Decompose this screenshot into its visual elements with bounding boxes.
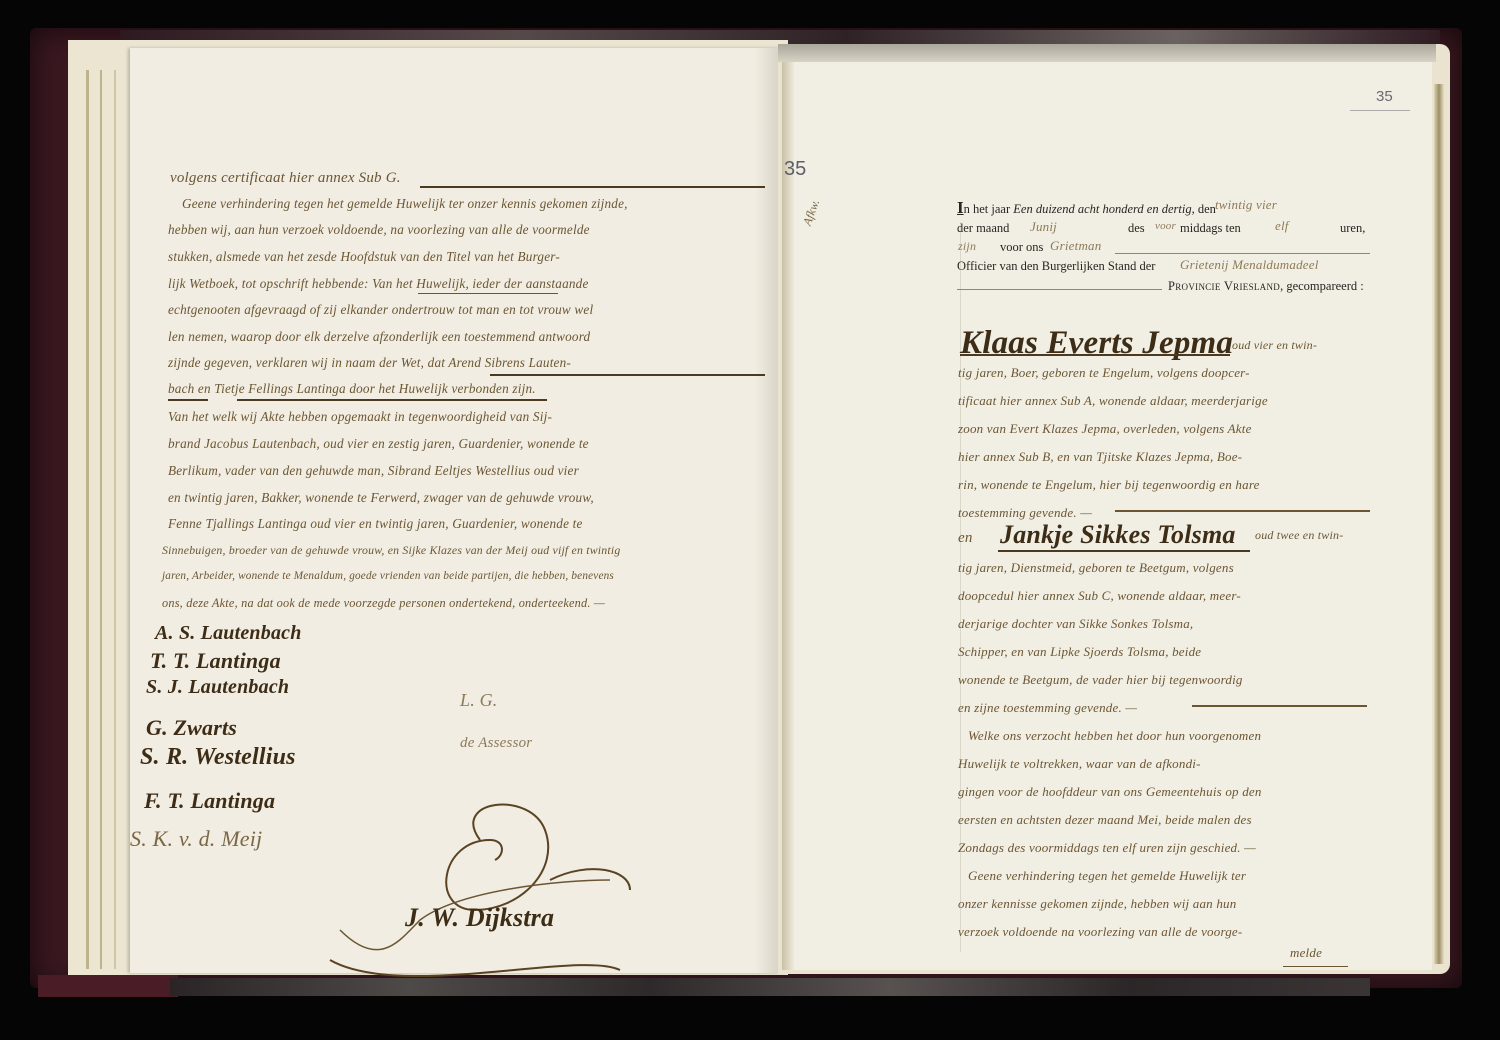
underline — [418, 293, 558, 294]
handwritten-line: brand Jacobus Lautenbach, oud vier en ze… — [168, 436, 589, 452]
municipality-field: Grietenij Menaldumadeel — [1180, 257, 1319, 273]
uren-label: uren, — [1340, 221, 1365, 236]
signature: S. K. v. d. Meij — [130, 826, 262, 852]
handwritten-line: hebben wij, aan hun verzoek voldoende, n… — [168, 222, 590, 238]
middags-label: middags ten — [1180, 221, 1241, 236]
day-field: twintig vier — [1215, 197, 1277, 213]
handwritten-line: en twintig jaren, Bakker, wonende te Fer… — [168, 490, 594, 506]
handwritten-line: Schipper, en van Lipke Sjoerds Tolsma, b… — [958, 644, 1201, 660]
page-side-edge — [1434, 84, 1444, 964]
gecompareerd-label: , gecompareerd : — [1280, 279, 1364, 293]
handwritten-line: Geene verhindering tegen het gemelde Huw… — [968, 868, 1246, 884]
handwritten-line: oud vier en twin- — [1232, 338, 1317, 353]
handwritten-line: lijk Wetboek, tot opschrift hebbende: Va… — [168, 276, 589, 292]
handwritten-line: jaren, Arbeider, wonende te Menaldum, go… — [162, 570, 614, 582]
groom-underline — [960, 354, 1230, 356]
handwritten-line: len nemen, waarop door elk derzelve afzo… — [168, 329, 590, 345]
folio-number: 35 — [1376, 88, 1393, 105]
handwritten-line: hier annex Sub B, en van Tjitske Klazes … — [958, 449, 1242, 465]
underline — [490, 374, 765, 376]
margin-number: 35 — [784, 158, 806, 181]
handwritten-line: doopcedul hier annex Sub C, wonende alda… — [958, 588, 1241, 604]
month-field: Junij — [1030, 219, 1057, 235]
official-signature: J. W. Dijkstra — [405, 903, 554, 933]
handwritten-line: gingen voor de hoofddeur van ons Gemeent… — [958, 784, 1262, 800]
handwritten-line: verzoek voldoende na voorlezing van alle… — [958, 924, 1242, 940]
conjunction-en: en — [958, 530, 973, 547]
handwritten-line: rin, wonende te Engelum, hier bij tegenw… — [958, 477, 1260, 493]
assessor-note: de Assessor — [460, 735, 532, 752]
handwritten-line: Zondags des voormiddags ten elf uren zij… — [958, 840, 1256, 856]
underline — [237, 399, 547, 401]
page-edge — [114, 70, 116, 969]
signature: A. S. Lautenbach — [155, 622, 302, 645]
folio-underline — [1350, 110, 1410, 111]
handwritten-line: en zijne toestemming gevende. — — [958, 700, 1137, 716]
page-top-edge — [778, 44, 1436, 62]
handwritten-line: derjarige dochter van Sikke Sonkes Tolsm… — [958, 616, 1193, 632]
month-label: der maand — [957, 221, 1009, 236]
handwritten-line: stukken, alsmede van het zesde Hoofdstuk… — [168, 249, 560, 265]
bride-name: Jankje Sikkes Tolsma — [1000, 520, 1236, 550]
handwritten-line: eersten en achtsten dezer maand Mei, bei… — [958, 812, 1252, 828]
handwritten-line: zoon van Evert Klazes Jepma, overleden, … — [958, 421, 1252, 437]
handwritten-line: ons, deze Akte, na dat ook de mede voorz… — [162, 596, 605, 611]
handwritten-line: Berlikum, vader van den gehuwde man, Sib… — [168, 463, 579, 479]
handwritten-line: tig jaren, Boer, geboren te Engelum, vol… — [958, 365, 1250, 381]
catchword: melde — [1290, 945, 1322, 961]
signature: S. R. Westellius — [140, 744, 296, 771]
signature: S. J. Lautenbach — [146, 676, 289, 699]
handwritten-line: Huwelijk te voltrekken, waar van de afko… — [958, 756, 1201, 772]
part-of-day-field: voor — [1155, 220, 1176, 232]
handwritten-line: Sinnebuigen, broeder van de gehuwde vrou… — [162, 543, 620, 558]
handwritten-line: Fenne Tjallings Lantinga oud vier en twi… — [168, 516, 583, 532]
handwritten-line: Geene verhindering tegen het gemelde Huw… — [182, 196, 628, 212]
bride-underline — [998, 550, 1250, 552]
line-filler — [420, 186, 765, 188]
handwritten-line: zijnde gegeven, verklaren wij in naam de… — [168, 355, 571, 371]
page-edge — [100, 70, 102, 969]
groom-name: Klaas Everts Jepma — [960, 325, 1233, 362]
handwritten-line: wonende te Beetgum, de vader hier bij te… — [958, 672, 1243, 688]
line-filler — [1115, 510, 1370, 512]
printed-year: Een duizend acht honderd en dertig — [1013, 202, 1191, 216]
signature: F. T. Lantinga — [144, 788, 275, 814]
handwritten-line: bach en Tietje Fellings Lantinga door he… — [168, 381, 536, 397]
hour-field: elf — [1275, 218, 1289, 234]
form-prefix: n het jaar — [964, 202, 1011, 216]
voor-ons-label: voor ons — [1000, 240, 1043, 255]
handwritten-line: echtgenooten afgevraagd of zij elkander … — [168, 302, 593, 318]
initials-note: L. G. — [460, 690, 498, 711]
handwritten-line: tificaat hier annex Sub A, wonende aldaa… — [958, 393, 1268, 409]
handwritten-line: Van het welk wij Akte hebben opgemaakt i… — [168, 409, 552, 425]
initial-letter: I — [957, 198, 964, 217]
handwritten-line: tig jaren, Dienstmeid, geboren te Beetgu… — [958, 560, 1234, 576]
catchword-underline — [1283, 966, 1348, 967]
form-den: , den — [1192, 202, 1216, 216]
field-line — [957, 289, 1162, 290]
official-flourish — [300, 770, 630, 980]
handwritten-line: Welke ons verzocht hebben het door hun v… — [968, 728, 1261, 744]
handwritten-line: toestemming gevende. — — [958, 505, 1092, 521]
gutter-shadow — [782, 62, 794, 970]
des-label: des — [1128, 221, 1145, 236]
handwritten-line: onzer kennisse gekomen zijnde, hebben wi… — [958, 896, 1236, 912]
handwritten-line: volgens certificaat hier annex Sub G. — [170, 170, 401, 187]
field-line — [1115, 253, 1370, 254]
zijn-field: zijn — [958, 239, 976, 254]
cover-corner — [38, 975, 178, 997]
cover-bottom-edge — [170, 978, 1370, 996]
signature: T. T. Lantinga — [150, 648, 281, 674]
page-edge — [86, 70, 89, 969]
province-name: Provincie Vriesland — [1168, 279, 1280, 293]
line-filler — [1192, 705, 1367, 707]
handwritten-line: oud twee en twin- — [1255, 528, 1343, 543]
underline — [168, 399, 208, 401]
official-title-field: Grietman — [1050, 238, 1101, 254]
signature: G. Zwarts — [146, 715, 237, 741]
officer-label: Officier van den Burgerlijken Stand der — [957, 259, 1155, 274]
